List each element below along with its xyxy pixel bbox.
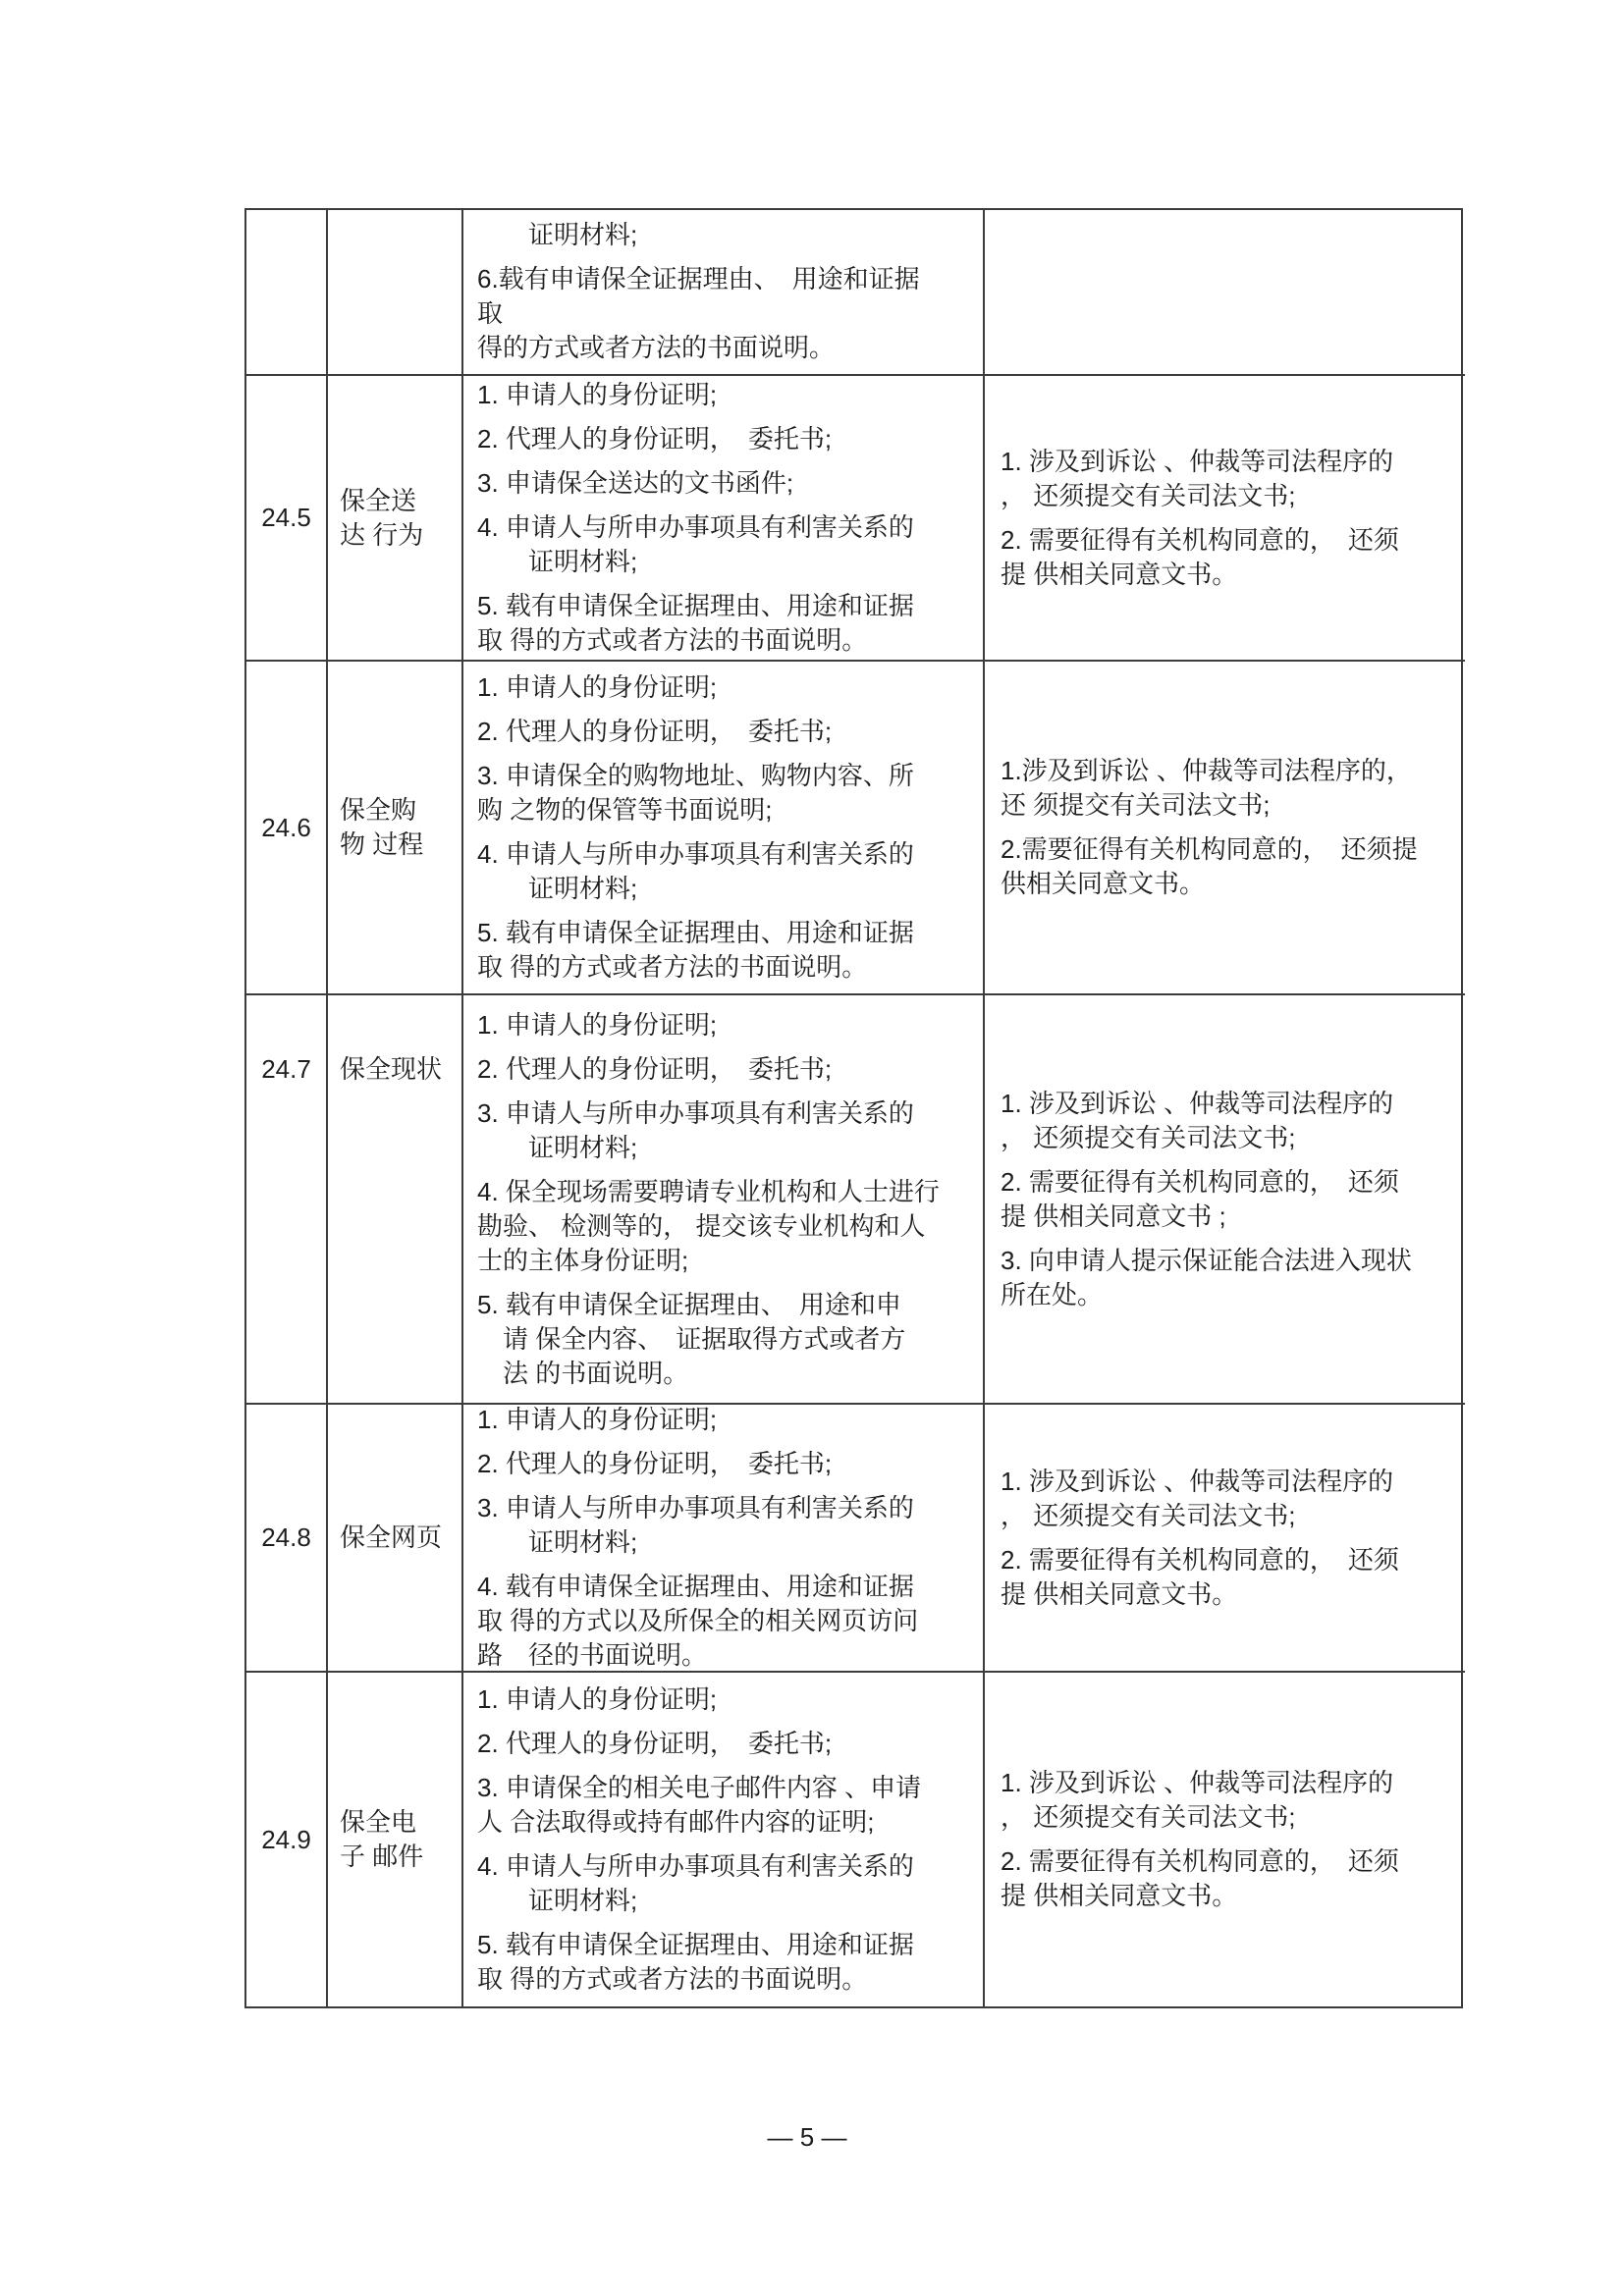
note-item: 3. 向申请人提示保证能合法进入现状 所在处。 <box>1001 1244 1459 1312</box>
material-item: 4. 申请人与所申办事项具有利害关系的 证明材料; <box>477 1849 977 1918</box>
material-item: 6.载有申请保全证据理由、 用途和证据 取 得的方式或者方法的书面说明。 <box>477 262 977 365</box>
row-id-cell <box>246 210 326 374</box>
notes-cell <box>983 210 1465 374</box>
note-item: 1. 涉及到诉讼 、仲裁等司法程序的 ， 还须提交有关司法文书; <box>1001 1766 1459 1835</box>
material-item: 1. 申请人的身份证明; <box>477 1008 977 1042</box>
materials-cell: 1. 申请人的身份证明; 2. 代理人的身份证明， 委托书; 3. 申请保全的相… <box>461 1671 983 2006</box>
note-item: 1.涉及到诉讼 、仲裁等司法程序的， 还 须提交有关司法文书; <box>1001 754 1459 823</box>
material-item: 3. 申请人与所申办事项具有利害关系的 证明材料; <box>477 1491 977 1560</box>
row-name-cell <box>326 210 461 374</box>
row-id-cell: 24.8 <box>246 1403 326 1671</box>
material-item: 4. 申请人与所申办事项具有利害关系的 证明材料; <box>477 510 977 579</box>
row-id-cell: 24.7 <box>246 993 326 1403</box>
row-id-cell: 24.9 <box>246 1671 326 2006</box>
material-item: 4. 载有申请保全证据理由、用途和证据 取 得的方式以及所保全的相关网页访问 路… <box>477 1570 977 1671</box>
material-item: 3. 申请保全的相关电子邮件内容 、申请 人 合法取得或持有邮件内容的证明; <box>477 1771 977 1840</box>
row-name-cell: 保全购 物 过程 <box>326 660 461 993</box>
material-item: 4. 申请人与所申办事项具有利害关系的 证明材料; <box>477 837 977 906</box>
row-id-cell: 24.5 <box>246 374 326 660</box>
row-name-cell: 保全送 达 行为 <box>326 374 461 660</box>
note-item: 1. 涉及到诉讼 、仲裁等司法程序的 ， 还须提交有关司法文书; <box>1001 445 1459 513</box>
row-name-cell: 保全电 子 邮件 <box>326 1671 461 2006</box>
material-item: 2. 代理人的身份证明， 委托书; <box>477 1052 977 1087</box>
material-item: 3. 申请保全送达的文书函件; <box>477 466 977 501</box>
note-item: 1. 涉及到诉讼 、仲裁等司法程序的 ， 还须提交有关司法文书; <box>1001 1465 1459 1533</box>
material-item: 1. 申请人的身份证明; <box>477 1403 977 1437</box>
document-page: 证明材料; 6.载有申请保全证据理由、 用途和证据 取 得的方式或者方法的书面说… <box>0 0 1624 2296</box>
material-item: 2. 代理人的身份证明， 委托书; <box>477 422 977 456</box>
note-item: 2. 需要征得有关机构同意的， 还须 提 供相关同意文书。 <box>1001 1844 1459 1913</box>
materials-cell: 1. 申请人的身份证明; 2. 代理人的身份证明， 委托书; 3. 申请人与所申… <box>461 993 983 1403</box>
material-item: 1. 申请人的身份证明; <box>477 378 977 412</box>
notes-cell: 1. 涉及到诉讼 、仲裁等司法程序的 ， 还须提交有关司法文书; 2. 需要征得… <box>983 993 1465 1403</box>
material-item: 3. 申请保全的购物地址、购物内容、所 购 之物的保管等书面说明; <box>477 759 977 828</box>
notes-cell: 1. 涉及到诉讼 、仲裁等司法程序的 ， 还须提交有关司法文书; 2. 需要征得… <box>983 374 1465 660</box>
material-item: 5. 载有申请保全证据理由、用途和证据 取 得的方式或者方法的书面说明。 <box>477 589 977 658</box>
materials-cell: 证明材料; 6.载有申请保全证据理由、 用途和证据 取 得的方式或者方法的书面说… <box>461 210 983 374</box>
materials-cell: 1. 申请人的身份证明; 2. 代理人的身份证明， 委托书; 3. 申请保全的购… <box>461 660 983 993</box>
material-item: 3. 申请人与所申办事项具有利害关系的 证明材料; <box>477 1096 977 1165</box>
row-name-cell: 保全现状 <box>326 993 461 1403</box>
material-item: 2. 代理人的身份证明， 委托书; <box>477 1727 977 1761</box>
notes-cell: 1. 涉及到诉讼 、仲裁等司法程序的 ， 还须提交有关司法文书; 2. 需要征得… <box>983 1403 1465 1671</box>
row-name-cell: 保全网页 <box>326 1403 461 1671</box>
note-item: 2. 需要征得有关机构同意的， 还须 提 供相关同意文书。 <box>1001 1543 1459 1612</box>
material-item: 5. 载有申请保全证据理由、 用途和申 请 保全内容、 证据取得方式或者方 法 … <box>477 1288 977 1391</box>
material-item: 证明材料; <box>477 218 977 252</box>
note-item: 2. 需要征得有关机构同意的， 还须 提 供相关同意文书 ; <box>1001 1165 1459 1234</box>
materials-cell: 1. 申请人的身份证明; 2. 代理人的身份证明， 委托书; 3. 申请人与所申… <box>461 1403 983 1671</box>
material-item: 1. 申请人的身份证明; <box>477 670 977 705</box>
material-item: 5. 载有申请保全证据理由、用途和证据 取 得的方式或者方法的书面说明。 <box>477 1928 977 1997</box>
note-item: 1. 涉及到诉讼 、仲裁等司法程序的 ， 还须提交有关司法文书; <box>1001 1087 1459 1155</box>
notes-cell: 1. 涉及到诉讼 、仲裁等司法程序的 ， 还须提交有关司法文书; 2. 需要征得… <box>983 1671 1465 2006</box>
materials-cell: 1. 申请人的身份证明; 2. 代理人的身份证明， 委托书; 3. 申请保全送达… <box>461 374 983 660</box>
note-item: 2.需要征得有关机构同意的， 还须提 供相关同意文书。 <box>1001 832 1459 901</box>
note-item: 2. 需要征得有关机构同意的， 还须 提 供相关同意文书。 <box>1001 523 1459 592</box>
material-item: 4. 保全现场需要聘请专业机构和人士进行 勘验、 检测等的， 提交该专业机构和人… <box>477 1175 977 1278</box>
notes-cell: 1.涉及到诉讼 、仲裁等司法程序的， 还 须提交有关司法文书; 2.需要征得有关… <box>983 660 1465 993</box>
page-number: — 5 — <box>0 2122 1614 2153</box>
notary-requirements-table: 证明材料; 6.载有申请保全证据理由、 用途和证据 取 得的方式或者方法的书面说… <box>244 208 1463 2008</box>
material-item: 5. 载有申请保全证据理由、用途和证据 取 得的方式或者方法的书面说明。 <box>477 916 977 985</box>
material-item: 2. 代理人的身份证明， 委托书; <box>477 1447 977 1481</box>
material-item: 1. 申请人的身份证明; <box>477 1682 977 1717</box>
row-id-cell: 24.6 <box>246 660 326 993</box>
material-item: 2. 代理人的身份证明， 委托书; <box>477 715 977 749</box>
